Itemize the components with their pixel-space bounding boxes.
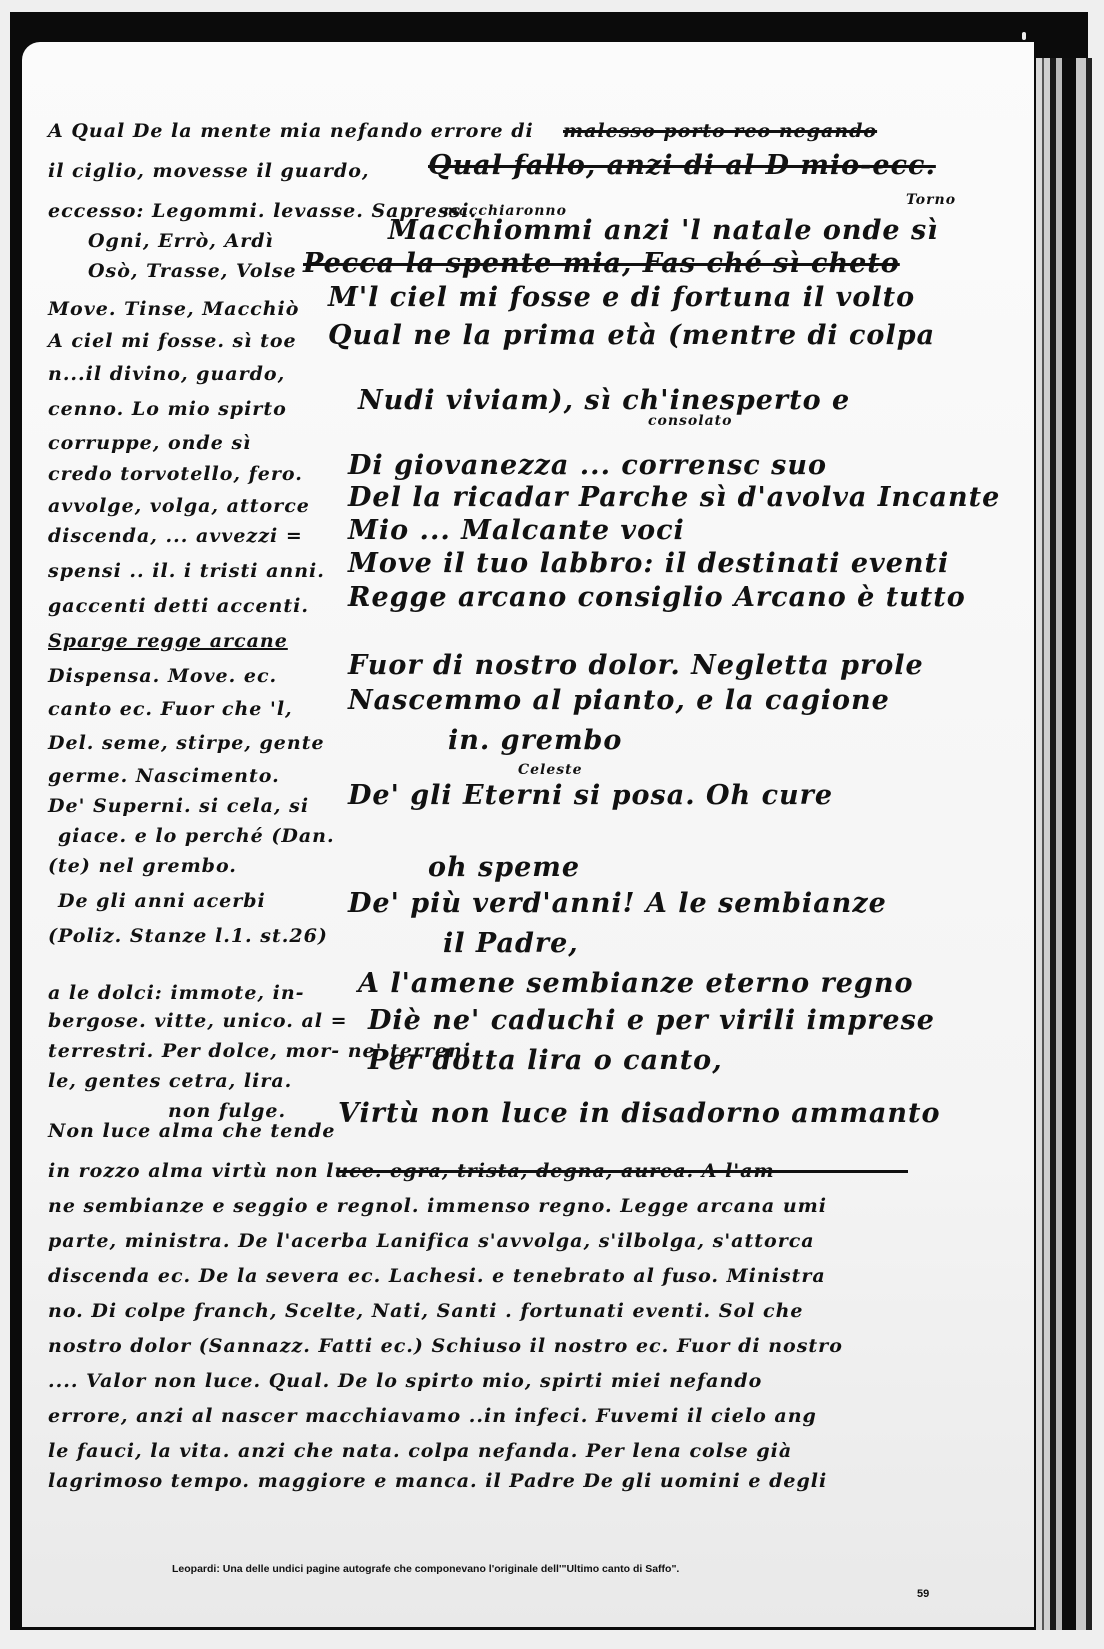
book-spine-edges xyxy=(1036,58,1092,1636)
manuscript-line: discenda, ... avvezzi = xyxy=(48,525,303,547)
manuscript-line: credo torvotello, fero. xyxy=(48,463,303,485)
manuscript-line: (Poliz. Stanze l.1. st.26) xyxy=(48,925,328,947)
manuscript-line: il ciglio, movesse il guardo, xyxy=(48,160,370,182)
manuscript-line: macchiaronno xyxy=(443,203,567,219)
manuscript-line: Dispensa. Move. ec. xyxy=(48,665,277,687)
manuscript-line: germe. Nascimento. xyxy=(48,765,280,787)
manuscript-line: nostro dolor (Sannazz. Fatti ec.) Schius… xyxy=(48,1335,843,1357)
manuscript-line: le, gentes cetra, lira. xyxy=(48,1070,292,1092)
handwritten-manuscript: A Qual De la mente mia nefando errore di… xyxy=(48,120,928,1550)
manuscript-line: Celeste xyxy=(518,762,583,778)
manuscript-line: Nascemmo al pianto, e la cagione xyxy=(348,685,890,716)
manuscript-line: spensi .. il. i tristi anni. xyxy=(48,560,325,582)
manuscript-line: errore, anzi al nascer macchiavamo ..in … xyxy=(48,1405,817,1427)
manuscript-line: Pecca la spente mia, Fas ché sì cheto xyxy=(303,248,900,279)
manuscript-line: Osò, Trasse, Volse xyxy=(88,260,297,282)
manuscript-line: in. grembo xyxy=(448,725,622,756)
manuscript-line: a le dolci: immote, in- xyxy=(48,982,305,1004)
manuscript-line: il Padre, xyxy=(443,928,579,959)
manuscript-line: bergose. vitte, unico. al = xyxy=(48,1010,348,1032)
manuscript-line: Del la ricadar Parche sì d'avolva Incant… xyxy=(348,482,1000,513)
manuscript-line: Di giovanezza ... corrensc suo xyxy=(348,450,827,481)
manuscript-line: Sparge regge arcane xyxy=(48,630,288,652)
manuscript-line: Macchiommi anzi 'l natale onde sì xyxy=(388,215,938,246)
manuscript-line: Non luce alma che tende xyxy=(48,1120,335,1142)
manuscript-line: Ogni, Errò, Ardì xyxy=(88,230,274,252)
manuscript-line: no. Di colpe franch, Scelte, Nati, Santi… xyxy=(48,1300,803,1322)
manuscript-line: oh speme xyxy=(428,852,580,883)
manuscript-line: parte, ministra. De l'acerba Lanifica s'… xyxy=(48,1230,815,1252)
manuscript-line: Virtù non luce in disadorno ammanto xyxy=(338,1098,941,1129)
manuscript-line: corruppe, onde sì xyxy=(48,432,251,454)
manuscript-line: cenno. Lo mio spirto xyxy=(48,398,287,420)
manuscript-line: consolato xyxy=(648,413,732,429)
manuscript-line: Move il tuo labbro: il destinati eventi xyxy=(348,548,949,579)
manuscript-line: .... Valor non luce. Qual. De lo spirto … xyxy=(48,1370,762,1392)
manuscript-line: Nudi viviam), sì ch'inesperto e xyxy=(358,385,850,416)
page-number: 59 xyxy=(917,1588,929,1600)
manuscript-line: Torno xyxy=(906,192,956,208)
manuscript-line: A Qual De la mente mia nefando errore di xyxy=(48,120,534,142)
manuscript-line: Move. Tinse, Macchiò xyxy=(48,298,299,320)
manuscript-line: canto ec. Fuor che 'l, xyxy=(48,698,293,720)
bottom-background xyxy=(0,1630,1104,1649)
manuscript-line: (te) nel grembo. xyxy=(48,855,237,877)
manuscript-line: avvolge, volga, attorce xyxy=(48,495,310,517)
manuscript-line: Diè ne' caduchi e per virili imprese xyxy=(368,1005,935,1036)
manuscript-line: giace. e lo perché (Dan. xyxy=(58,825,335,847)
spine-highlight xyxy=(1022,32,1026,40)
manuscript-line: malesso porto reo negando xyxy=(563,120,877,142)
underline-rule xyxy=(338,1170,908,1173)
manuscript-line: De' più verd'anni! A le sembianze xyxy=(348,888,887,919)
manuscript-line: ne sembianze e seggio e regnol. immenso … xyxy=(48,1195,827,1217)
manuscript-line: Regge arcano consiglio Arcano è tutto xyxy=(348,582,966,613)
manuscript-line: A l'amene sembianze eterno regno xyxy=(358,968,913,999)
manuscript-line: non fulge. xyxy=(168,1100,286,1122)
manuscript-line: M'l ciel mi fosse e di fortuna il volto xyxy=(328,282,915,313)
manuscript-line: Mio ... Malcante voci xyxy=(348,515,685,546)
manuscript-line: lagrimoso tempo. maggiore e manca. il Pa… xyxy=(48,1470,827,1492)
manuscript-line: Qual fallo, anzi di al D mio-ecc. xyxy=(428,150,936,181)
manuscript-line: De' Superni. si cela, si xyxy=(48,795,309,817)
manuscript-line: De' gli Eterni si posa. Oh cure xyxy=(348,780,833,811)
figure-caption: Leopardi: Una delle undici pagine autogr… xyxy=(172,1563,679,1575)
manuscript-line: discenda ec. De la severa ec. Lachesi. e… xyxy=(48,1265,826,1287)
manuscript-line: Per dotta lira o canto, xyxy=(368,1045,723,1076)
manuscript-line: gaccenti detti accenti. xyxy=(48,595,309,617)
manuscript-line: A ciel mi fosse. sì toe xyxy=(48,330,297,352)
manuscript-line: Qual ne la prima età (mentre di colpa xyxy=(328,320,935,351)
manuscript-line: Del. seme, stirpe, gente xyxy=(48,732,325,754)
manuscript-line: De gli anni acerbi xyxy=(58,890,266,912)
manuscript-line: le fauci, la vita. anzi che nata. colpa … xyxy=(48,1440,792,1462)
manuscript-line: n...il divino, guardo, xyxy=(48,363,285,385)
manuscript-line: Fuor di nostro dolor. Negletta prole xyxy=(348,650,924,681)
